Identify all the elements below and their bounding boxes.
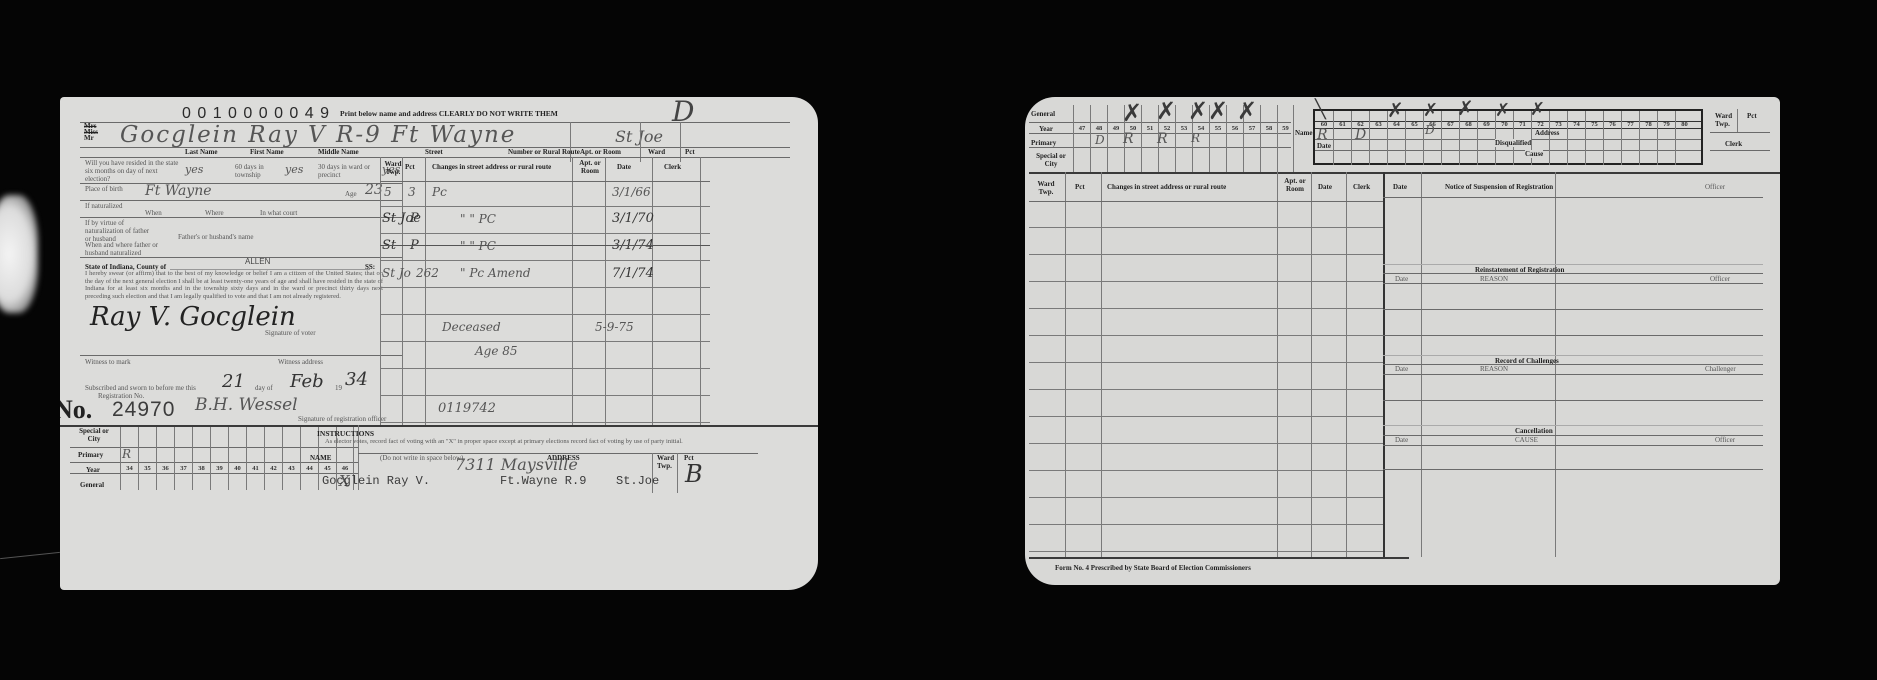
reinstatement-col-date: Date [1395, 275, 1408, 283]
col-date: Date [1318, 183, 1332, 191]
township-handwritten: St Joe [615, 127, 663, 146]
strike-line [380, 245, 710, 246]
table-row: St P " " PC 3/1/74 [380, 234, 710, 261]
x-mark-56: ✗ [1208, 99, 1228, 123]
registration-number: 24970 [112, 398, 175, 422]
naturalized-where-label: Where [205, 209, 224, 217]
label-date: Date [1317, 142, 1331, 150]
township-label: 60 days in township [235, 163, 283, 179]
witness-mark-label: Witness to mark [85, 358, 131, 366]
primary-mark-62: D [1355, 127, 1366, 143]
label-ward: Ward [648, 148, 665, 156]
age-label: Age [345, 190, 357, 198]
changes-table-body-empty [1029, 201, 1383, 557]
reinstatement-col-officer: Officer [1710, 275, 1730, 283]
township-answer: yes [285, 163, 303, 176]
col-clerk: Clerk [664, 163, 681, 171]
year-row-back-left: 47 48 49 50 51 52 53 54 55 56 57 58 59 [1073, 123, 1294, 133]
suspension-col-officer: Officer [1705, 183, 1725, 191]
naturalized-when-label: When [145, 209, 162, 217]
row-label-general: General [1031, 110, 1055, 118]
father-name-label: Father's or husband's name [178, 233, 253, 241]
label-disqualified: Disqualified [1495, 139, 1531, 147]
row-label-year: Year [1039, 125, 1053, 133]
suspension-col-date: Date [1393, 183, 1407, 191]
footer-address-typed: Ft.Wayne R.9 [500, 474, 586, 488]
x-mark-64: ✗ [1387, 100, 1404, 120]
footer-pct-handwritten: B [685, 460, 703, 488]
col-ward-twp: Ward Twp. [383, 160, 403, 176]
label-clerk: Clerk [1725, 140, 1742, 148]
witness-address-label: Witness address [278, 358, 323, 366]
signature-label: Signature of voter [265, 329, 316, 337]
footer-ward-label: Ward Twp. [657, 454, 675, 470]
naturalized-court-label: In what court [260, 209, 297, 217]
residence-question: Will you have resided in the state six m… [85, 159, 180, 183]
voter-signature: Ray V. Gocglein [90, 302, 296, 332]
x-mark-68: ✗ [1457, 98, 1474, 118]
corner-mark: D [672, 97, 694, 128]
row-label-primary: Primary [78, 451, 103, 459]
x-mark-66: ✗ [1423, 102, 1438, 120]
col-apt-room: Apt. or Room [575, 159, 605, 175]
table-row: 0119742 [380, 423, 710, 450]
col-changes: Changes in street address or rural route [432, 163, 572, 171]
suspension-col-notice: Notice of Suspension of Registration [1445, 183, 1553, 191]
footer-name-label: NAME [310, 454, 331, 462]
table-row [380, 396, 710, 423]
registration-card-front: 0 0 1 0 0 0 0 0 4 9 Print below name and… [60, 97, 818, 590]
col-ward-twp: Ward Twp. [1031, 180, 1061, 196]
instructions-text: As elector votes, record fact of voting … [325, 438, 735, 445]
naturalized-label: If naturalized [85, 202, 135, 210]
row-label-special: Special or City [74, 427, 114, 443]
primary-mark-52: R [1157, 131, 1168, 147]
print-clearly-instruction: Print below name and address CLEARLY DO … [340, 110, 558, 118]
reg-no-symbol: No. [60, 395, 92, 425]
primary-mark-34: R [122, 447, 131, 461]
table-row: St Jo 262 " Pc Amend 7/1/74 [380, 261, 710, 288]
label-cause: Cause [1525, 150, 1543, 158]
cancellation-col-officer: Officer [1715, 436, 1735, 444]
x-mark-70: ✗ [1495, 102, 1510, 120]
label-middle-name: Middle Name [318, 148, 359, 156]
footer-ward-typed: St.Joe [616, 474, 659, 488]
film-scratch [0, 552, 60, 559]
place-of-birth-value: Ft Wayne [145, 183, 212, 199]
cancellation-col-cause: CAUSE [1515, 436, 1538, 444]
col-clerk: Clerk [1353, 183, 1370, 191]
cancellation-title: Cancellation [1515, 427, 1553, 435]
row-label-primary: Primary [1031, 139, 1056, 147]
footer-name-typed: Gocglein Ray V. [322, 474, 430, 488]
subscribed-day: 21 [222, 371, 245, 392]
ward-days-label: 30 days in ward or precinct [318, 163, 378, 179]
registration-card-back: General Year Primary Special or City 47 … [1025, 97, 1780, 585]
table-row [380, 288, 710, 315]
title-prefix: Mrs Miss Mr [84, 123, 98, 141]
card-stamp-number: 0 0 1 0 0 0 0 0 4 9 [182, 105, 330, 123]
challenges-col-challenger: Challenger [1705, 365, 1736, 373]
table-row: Age 85 [380, 342, 710, 369]
x-mark-58: ✗ [1237, 99, 1257, 123]
col-apt-room: Apt. or Room [1279, 177, 1311, 193]
label-apt-room: Apt. or Room [580, 148, 621, 156]
subscribed-month: Feb [290, 371, 324, 392]
challenges-col-reason: REASON [1480, 365, 1508, 373]
year-row-back-right: 60 61 62 63 64 65 66 67 68 69 70 71 72 7… [1315, 121, 1693, 128]
label-last-name: Last Name [185, 148, 217, 156]
x-mark-50: ✗ [1122, 101, 1142, 125]
instructions-title: INSTRUCTIONS [317, 430, 374, 438]
label-rural-route: Number or Rural Route [508, 148, 580, 156]
oath-text: I hereby swear (or affirm) that to the b… [85, 270, 383, 300]
label-ward-twp: Ward Twp. [1715, 112, 1733, 128]
primary-mark-50: R [1123, 131, 1134, 147]
primary-mark-48: D [1095, 133, 1105, 147]
col-pct: Pct [405, 163, 415, 171]
label-pct: Pct [685, 148, 695, 156]
challenges-col-date: Date [1395, 365, 1408, 373]
row-label-general: General [80, 481, 104, 489]
registration-officer-label: Signature of registration officer [298, 415, 386, 423]
label-address: Address [1535, 129, 1559, 137]
table-row [380, 369, 710, 396]
year-prefix: 19 [335, 384, 342, 392]
year-row-front: 34 35 36 37 38 39 40 41 42 43 44 45 46 [120, 463, 354, 473]
primary-mark-54: R [1191, 131, 1200, 145]
place-of-birth-label: Place of birth [85, 185, 125, 193]
reinstatement-col-reason: REASON [1480, 275, 1508, 283]
table-row: 5 3 Pc 3/1/66 [380, 181, 710, 207]
cancellation-col-date: Date [1395, 436, 1408, 444]
subscribed-year: 34 [345, 369, 368, 390]
footer-address-handwritten: 7311 Maysville [455, 455, 578, 474]
primary-mark-60: R [1317, 127, 1328, 143]
x-mark-52: ✗ [1156, 99, 1176, 123]
col-date: Date [617, 163, 631, 171]
label-first-name: First Name [250, 148, 284, 156]
day-of-label: day of [255, 384, 273, 392]
film-artifact [0, 195, 38, 313]
x-mark-54: ✗ [1188, 99, 1208, 123]
table-row: Deceased 5-9-75 [380, 315, 710, 342]
form-footer: Form No. 4 Prescribed by State Board of … [1055, 564, 1251, 572]
x-mark-72: ✗ [1530, 101, 1545, 119]
registration-officer-signature: B.H. Wessel [195, 395, 298, 415]
county-value: ALLEN [245, 257, 270, 266]
col-pct: Pct [1075, 183, 1085, 191]
primary-mark-66: D [1425, 123, 1435, 137]
col-changes: Changes in street address or rural route [1107, 183, 1277, 191]
table-row: St Joe P " " PC 3/1/70 [380, 207, 710, 234]
subscribed-label: Subscribed and sworn to before me this [85, 384, 196, 392]
footer-do-not-write: (Do not write in space below) [380, 454, 463, 462]
label-street: Street [425, 148, 443, 156]
father-when-label: When and where father or husband natural… [85, 241, 165, 257]
voter-name-handwritten: Gocglein Ray V R-9 Ft Wayne [120, 122, 516, 148]
row-label-special: Special or City [1031, 152, 1071, 168]
x-mark-60: ╲ [1315, 101, 1326, 119]
father-naturalization-label: If by virtue of naturalization of father… [85, 219, 155, 243]
voting-grid-back-left [1073, 105, 1294, 172]
residence-state-answer: yes [185, 163, 203, 176]
label-pct: Pct [1747, 112, 1757, 120]
label-name: Name [1295, 129, 1313, 137]
